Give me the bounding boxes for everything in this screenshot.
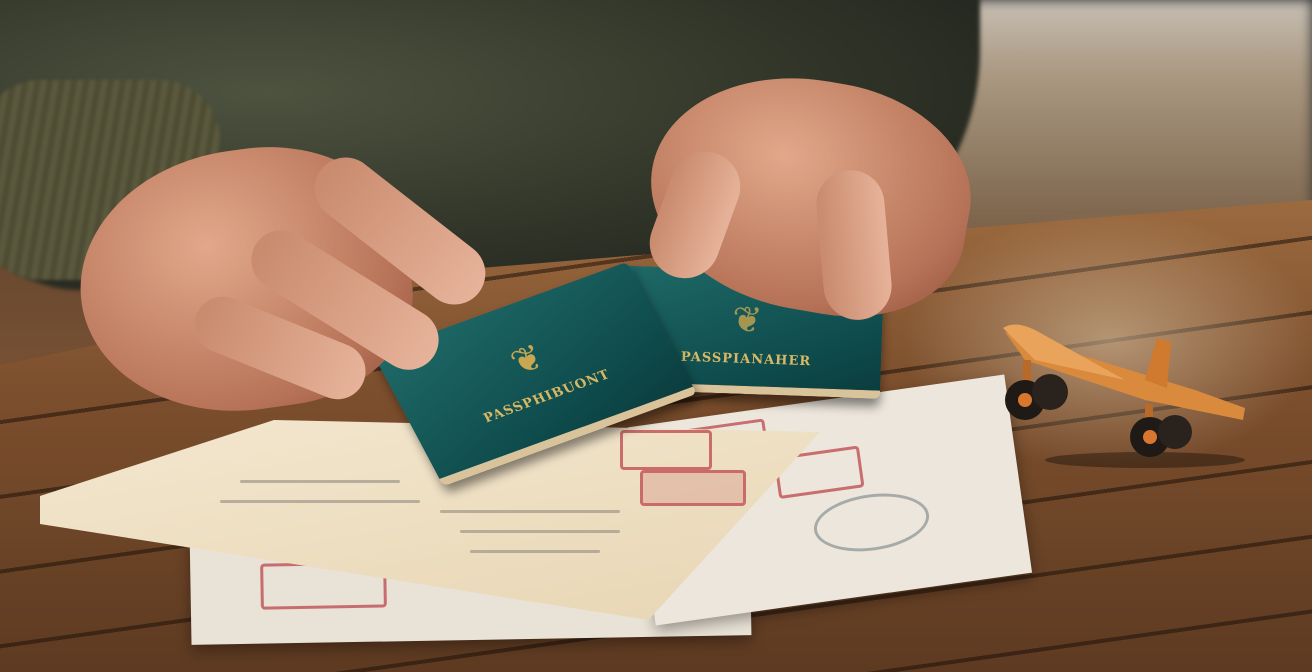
stamp-round — [810, 487, 933, 559]
handwriting — [220, 500, 420, 503]
stamp — [640, 470, 746, 506]
handwriting — [240, 480, 400, 483]
emblem-icon: ❦ — [504, 337, 552, 384]
toy-airplane-icon — [995, 320, 1255, 470]
handwriting — [470, 550, 600, 553]
photo-scene: ❦ PASSPIANAHER ❦ PASSPHIBUONT — [0, 0, 1312, 672]
emblem-icon: ❦ — [732, 299, 764, 341]
handwriting — [460, 530, 620, 533]
handwriting — [440, 510, 620, 513]
stamp — [620, 430, 712, 470]
